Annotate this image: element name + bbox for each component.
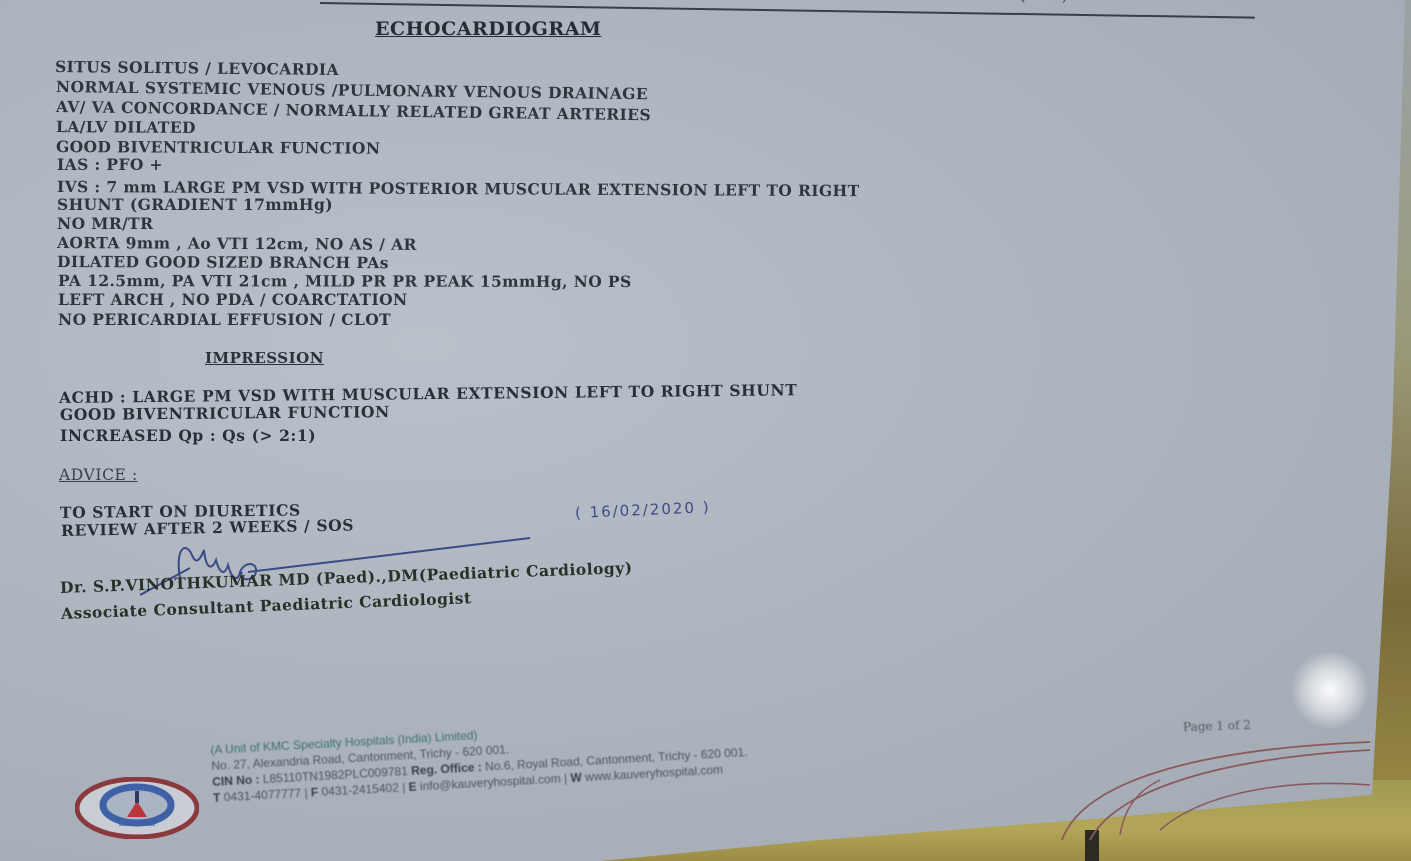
- finding-line: SHUNT (GRADIENT 17mmHg): [57, 195, 333, 214]
- hospital-footer: (A Unit of KMC Specialty Hospitals (Indi…: [210, 712, 749, 806]
- finding-line: DILATED GOOD SIZED BRANCH PAs: [57, 252, 389, 272]
- hospital-logo-icon: [75, 777, 199, 839]
- report-title: ECHOCARDIOGRAM: [375, 18, 601, 40]
- impression-line: GOOD BIVENTRICULAR FUNCTION: [60, 402, 390, 424]
- advice-heading: ADVICE :: [59, 466, 138, 484]
- impression-line: ACHD : LARGE PM VSD WITH MUSCULAR EXTENS…: [59, 380, 798, 407]
- finding-line: AORTA 9mm , Ao VTI 12cm, NO AS / AR: [57, 233, 417, 254]
- finding-line: PA 12.5mm, PA VTI 21cm , MILD PR PR PEAK…: [58, 271, 632, 291]
- light-glare: [1279, 639, 1382, 742]
- cut-off-header-text: Pedo in Fetal Echo (PCSI): [880, 0, 1068, 4]
- finding-line: IAS : PFO +: [57, 155, 163, 174]
- handwritten-date: ( 16/02/2020 ): [575, 498, 711, 522]
- finding-line: NO MR/TR: [57, 214, 153, 233]
- header-rule: [320, 2, 1255, 19]
- finding-line: NO PERICARDIAL EFFUSION / CLOT: [58, 310, 391, 329]
- finding-line: SITUS SOLITUS / LEVOCARDIA: [55, 57, 339, 79]
- finding-line: LEFT ARCH , NO PDA / COARCTATION: [58, 290, 408, 309]
- impression-heading: IMPRESSION: [205, 349, 324, 367]
- stamp-arcs-decoration: [1050, 730, 1380, 840]
- finding-line: LA/LV DILATED: [56, 117, 196, 137]
- echocardiogram-report: Pedo in Fetal Echo (PCSI) ECHOCARDIOGRAM…: [0, 0, 1411, 861]
- impression-line: INCREASED Qp : Qs (> 2:1): [60, 426, 316, 445]
